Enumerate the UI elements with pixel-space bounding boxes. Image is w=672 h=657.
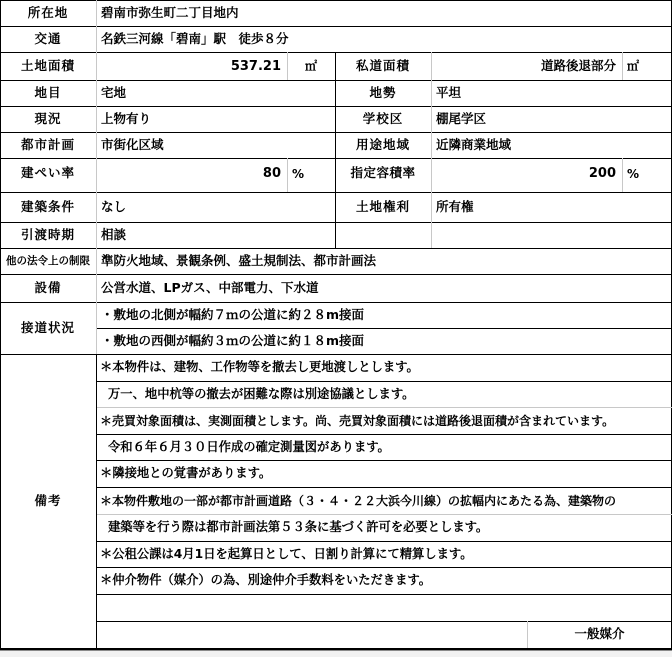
label-private-road-area: 私道面積 [335, 52, 431, 80]
property-info-sheet: 所在地 碧南市弥生町二丁目地内 交通 名鉄三河線「碧南」駅 徒歩８分 土地面積 … [0, 0, 672, 657]
value-zoning: 近隣商業地域 [431, 132, 672, 158]
value-other-regulations: 準防火地域、景観条例、盛土規制法、都市計画法 [96, 248, 672, 274]
label-zoning: 用途地域 [335, 132, 431, 158]
label-land-rights: 土地権利 [335, 192, 431, 222]
label-building-conditions: 建築条件 [0, 192, 96, 222]
value-topography: 平坦 [431, 80, 672, 106]
transaction-type: 一般媒介 [527, 621, 672, 648]
value-private-road-area: 道路後退部分 [431, 52, 622, 80]
value-land-area: 537.21 [96, 52, 287, 80]
unit-building-coverage: % [287, 158, 335, 192]
empty-cell [96, 621, 527, 648]
label-current-status: 現況 [0, 106, 96, 132]
label-land-area: 土地面積 [0, 52, 96, 80]
label-school-district: 学校区 [335, 106, 431, 132]
label-utilities: 設備 [0, 274, 96, 302]
value-land-rights: 所有権 [431, 192, 672, 222]
empty-cell [431, 222, 672, 248]
remark-line: ＊公租公課は4月1日を起算日として、日割り計算にて精算します。 [96, 541, 672, 567]
label-remarks: 備考 [0, 354, 96, 648]
value-land-category: 宅地 [96, 80, 335, 106]
value-road-access-north: ・敷地の北側が幅約７ｍの公道に約２８m接面 [96, 302, 672, 328]
label-floor-area-ratio: 指定容積率 [335, 158, 431, 192]
remark-line: ＊売買対象面積は、実測面積とします。尚、売買対象面積には道路後退面積が含まれてい… [96, 407, 672, 434]
label-city-planning: 都市計画 [0, 132, 96, 158]
label-other-regulations: 他の法令上の制限 [0, 248, 96, 274]
remark-line: 令和６年６月３０日作成の確定測量図があります。 [96, 434, 672, 460]
value-utilities: 公営水道、LPガス、中部電力、下水道 [96, 274, 672, 302]
label-location: 所在地 [0, 0, 96, 26]
value-transport: 名鉄三河線「碧南」駅 徒歩８分 [96, 26, 672, 52]
remark-line: ＊隣接地との覚書があります。 [96, 460, 672, 487]
value-city-planning: 市街化区域 [96, 132, 335, 158]
value-current-status: 上物有り [96, 106, 335, 132]
remark-line: ＊仲介物件（媒介）の為、別途仲介手数料をいただきます。 [96, 567, 672, 594]
label-transport: 交通 [0, 26, 96, 52]
unit-floor-area-ratio: % [622, 158, 672, 192]
label-topography: 地勢 [335, 80, 431, 106]
unit-private-road-area: ㎡ [622, 52, 672, 80]
label-road-access: 接道状況 [0, 302, 96, 354]
label-handover: 引渡時期 [0, 222, 96, 248]
value-school-district: 棚尾学区 [431, 106, 672, 132]
remark-line: 建築等を行う際は都市計画法第５３条に基づく許可を必要とします。 [96, 514, 672, 541]
value-road-access-west: ・敷地の西側が幅約３ｍの公道に約１８m接面 [96, 328, 672, 354]
remark-line: ＊本物件は、建物、工作物等を撤去し更地渡しとします。 [96, 354, 672, 381]
value-building-conditions: なし [96, 192, 335, 222]
value-floor-area-ratio: 200 [431, 158, 622, 192]
unit-land-area: ㎡ [287, 52, 335, 80]
value-location: 碧南市弥生町二丁目地内 [96, 0, 672, 26]
label-land-category: 地目 [0, 80, 96, 106]
value-building-coverage: 80 [96, 158, 287, 192]
empty-cell [335, 222, 431, 248]
remark-line: 万一、地中杭等の撤去が困難な際は別途協議とします。 [96, 381, 672, 407]
remark-line: ＊本物件敷地の一部が都市計画道路（３・４・２２大浜今川線）の拡幅内にあたる為、建… [96, 487, 672, 514]
label-building-coverage: 建ぺい率 [0, 158, 96, 192]
remark-line-empty [96, 594, 672, 621]
value-handover: 相談 [96, 222, 335, 248]
bottom-band [0, 650, 672, 657]
